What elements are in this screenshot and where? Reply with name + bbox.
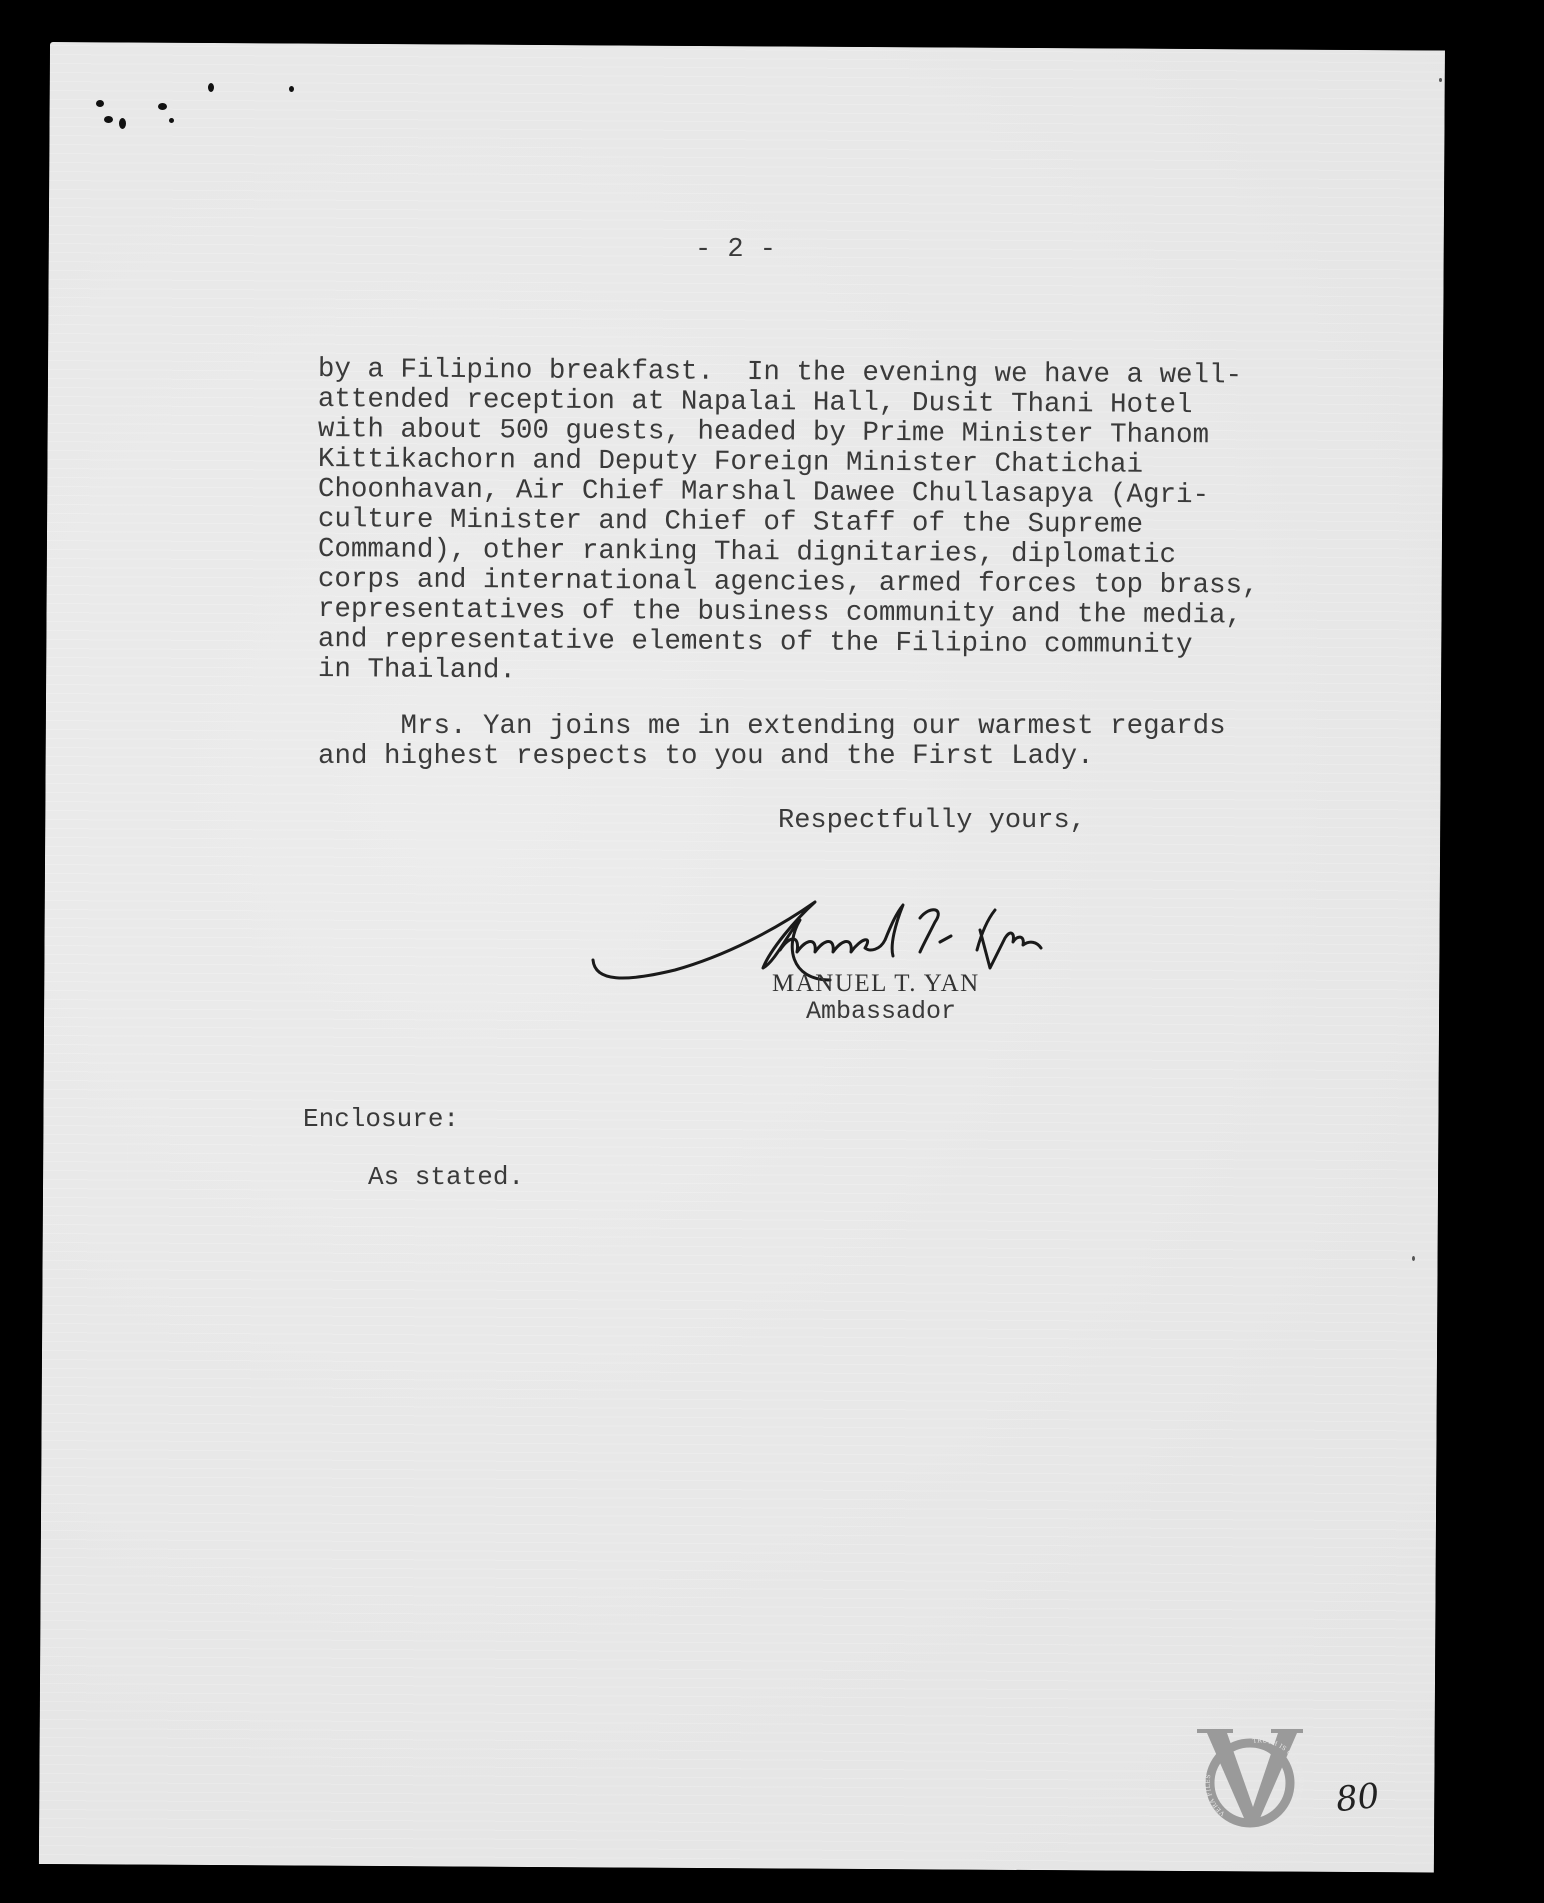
signer-title: Ambassador [806, 997, 956, 1026]
signer-name: MANUEL T. YAN [772, 970, 980, 998]
enclosure-label: Enclosure: [303, 1104, 459, 1134]
closing-salutation: Respectfully yours, [778, 806, 1086, 836]
page-number: - 2 - [695, 235, 776, 265]
body-paragraph-1: by a Filipino breakfast. In the evening … [318, 355, 1318, 685]
body-paragraph-2: Mrs. Yan joins me in extending our warme… [318, 712, 1226, 772]
vera-files-logo-icon: VERA FILES TRUTH IS OUR BUSINESS [1195, 1725, 1305, 1830]
handwritten-page-number: 80 [1334, 1776, 1381, 1820]
text-line: Mrs. Yan joins me in extending our warme… [318, 712, 1226, 742]
text-line: and highest respects to you and the Firs… [318, 742, 1226, 772]
enclosure-value: As stated. [368, 1162, 524, 1192]
